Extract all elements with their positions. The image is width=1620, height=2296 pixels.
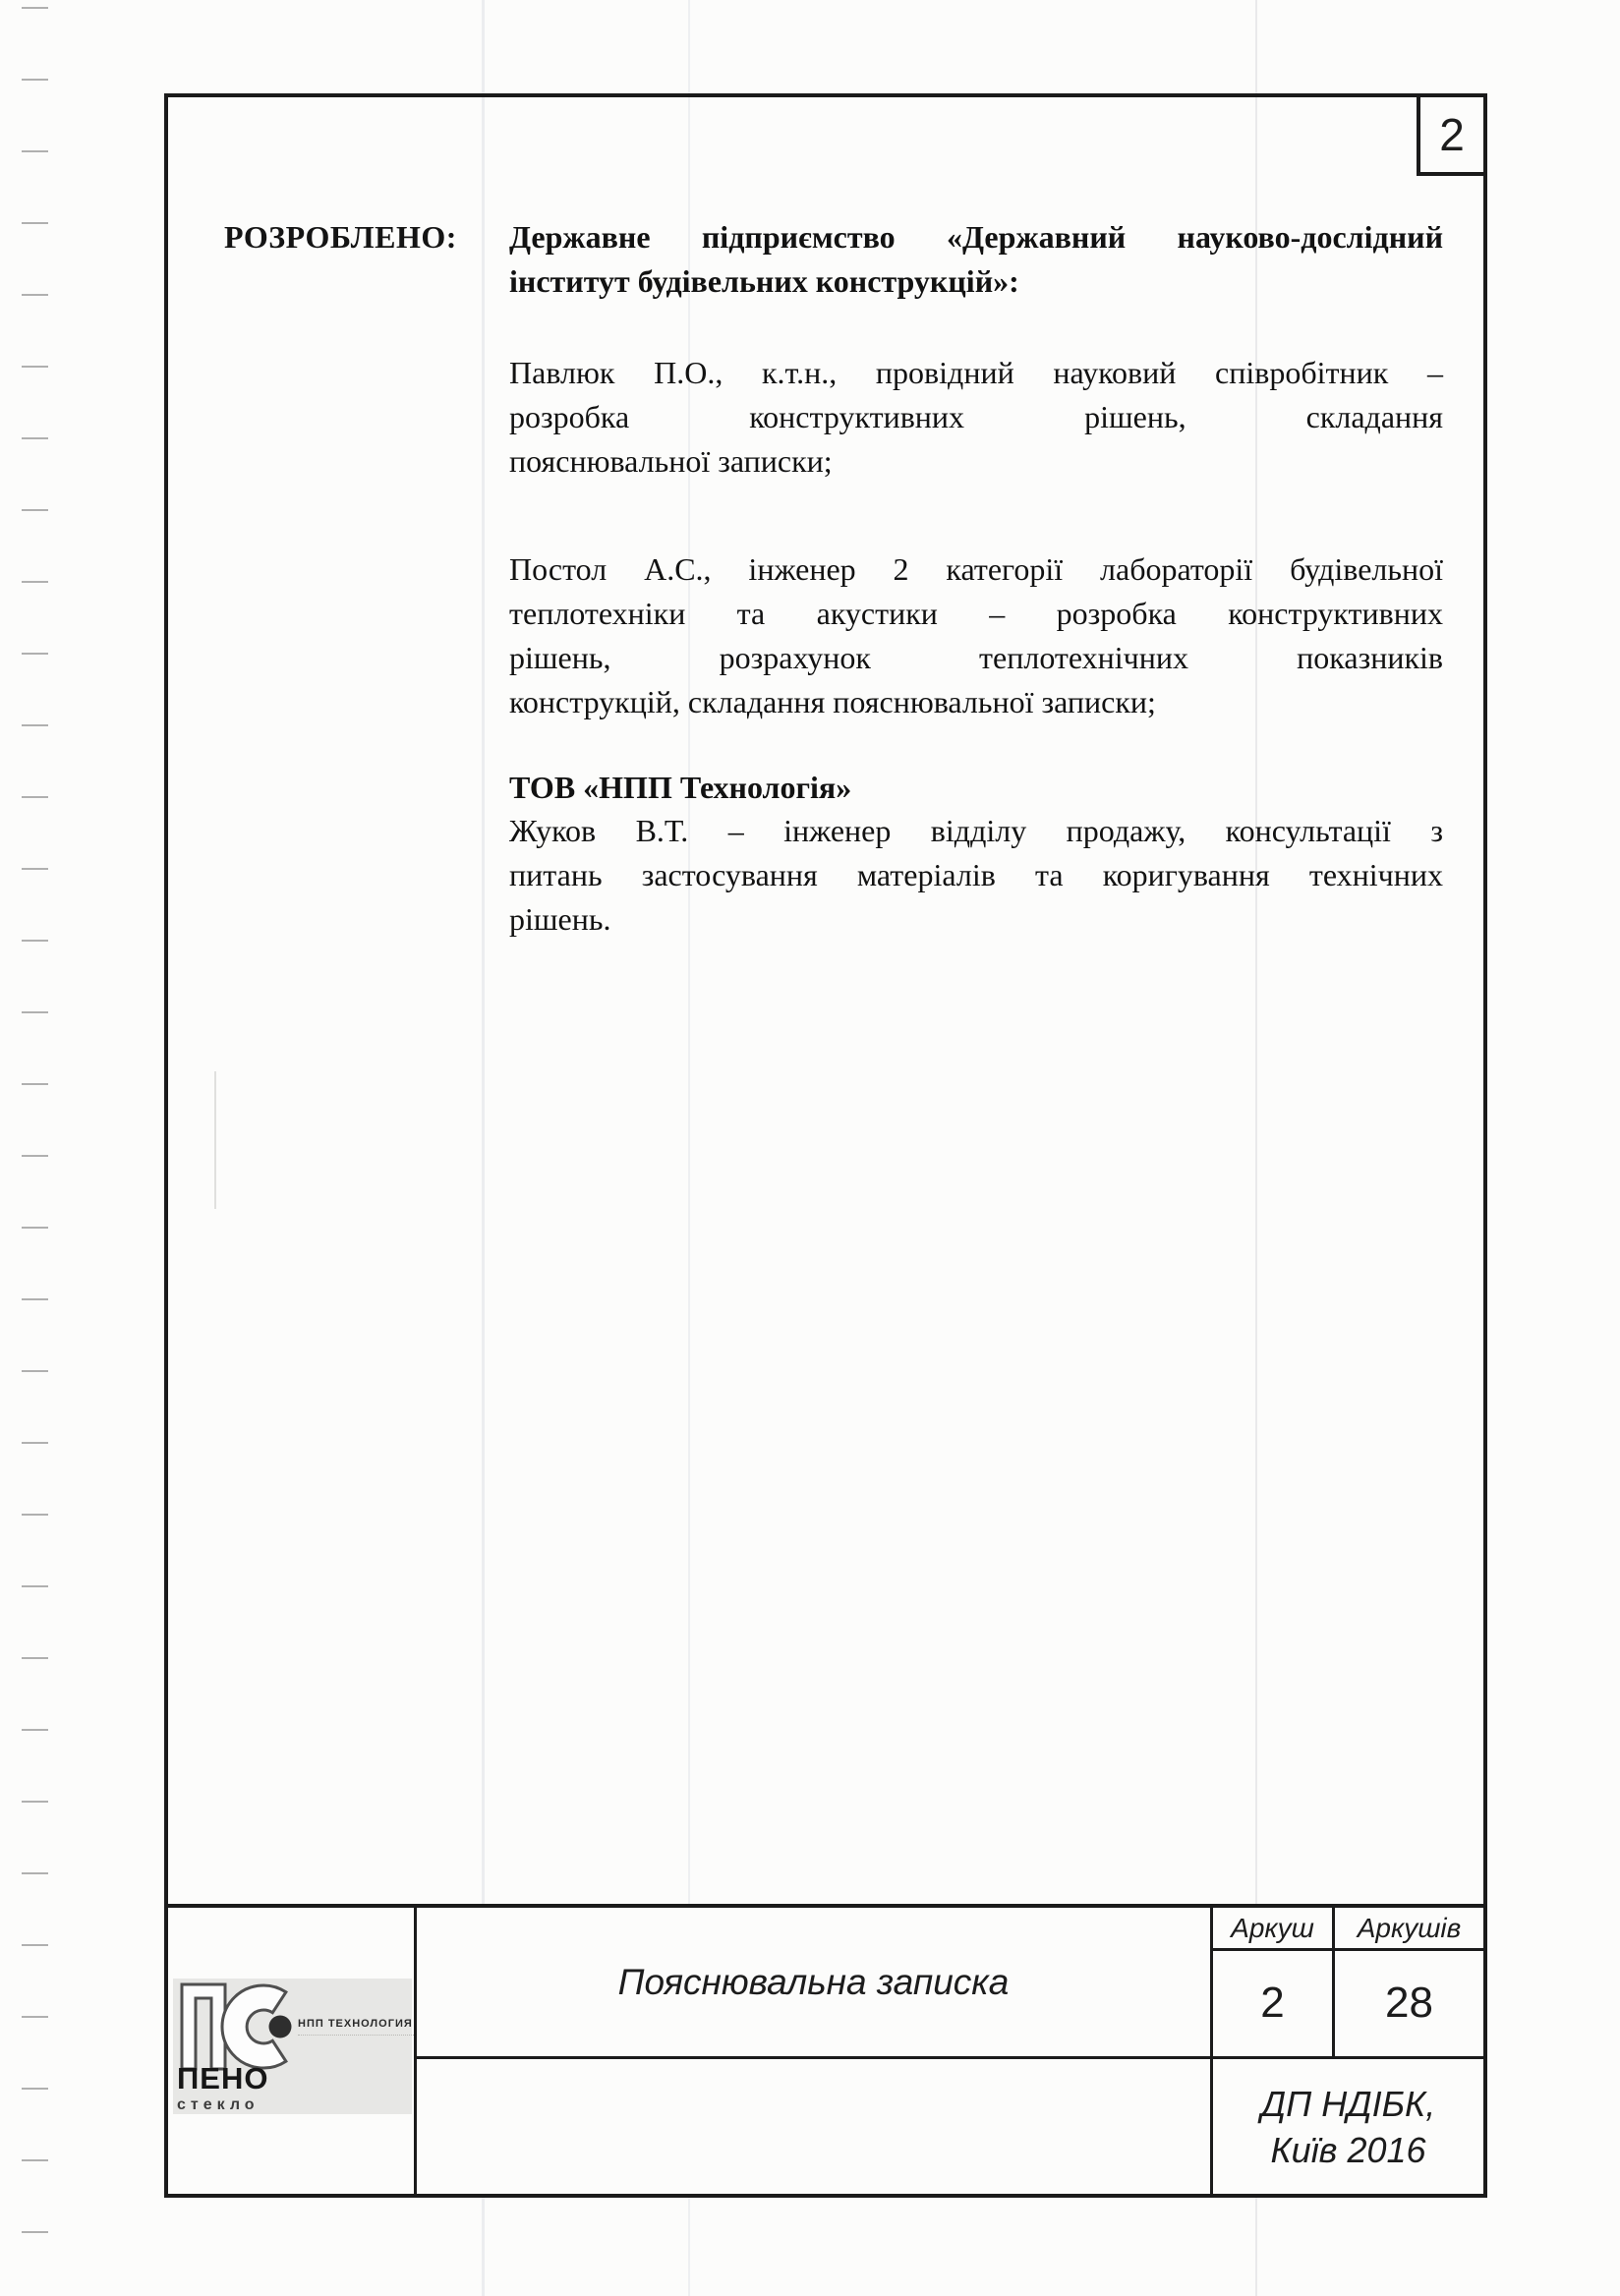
page-number-box: 2 xyxy=(1417,93,1487,176)
text-line: рішень, розрахунок теплотехнічних показн… xyxy=(509,636,1443,680)
scanned-document-page: 2 РОЗРОБЛЕНО: Державне підприємство «Дер… xyxy=(0,0,1620,2296)
sheets-column-header: Аркушів xyxy=(1335,1908,1483,1949)
sheet-column-header: Аркуш xyxy=(1213,1908,1332,1949)
logo-peno-text: ПЕНО xyxy=(177,2063,268,2094)
sheet-number-value: 2 xyxy=(1213,1949,1332,2056)
text-line: Павлюк П.О., к.т.н., провідний науковий … xyxy=(509,351,1443,395)
title-block-table: Пояснювальна записка Аркуш Аркушів 2 28 … xyxy=(164,1904,1487,2198)
text-line: Державне підприємство «Державний науково… xyxy=(509,215,1443,259)
organization-city-year: Київ 2016 xyxy=(1261,2127,1435,2173)
text-line: Постол А.С., інженер 2 категорії лаборат… xyxy=(509,547,1443,592)
text-line: Жуков В.Т. – інженер відділу продажу, ко… xyxy=(509,809,1443,853)
peno-ps-logo-icon xyxy=(179,1981,305,2072)
text-line: рішень. xyxy=(509,897,1443,942)
sheets-total-value: 28 xyxy=(1335,1949,1483,2056)
organization-cell: ДП НДІБК, Київ 2016 xyxy=(1213,2059,1483,2194)
tov-heading: ТОВ «НПП Технологія» xyxy=(509,766,1443,810)
company-logo: НПП ТЕХНОЛОГИЯ ПЕНО стекло xyxy=(173,1979,412,2114)
paragraph-pavliuk: Павлюк П.О., к.т.н., провідний науковий … xyxy=(509,351,1443,484)
logo-company-name: НПП ТЕХНОЛОГИЯ xyxy=(298,2018,414,2036)
document-title: Пояснювальна записка xyxy=(417,1908,1210,2056)
binder-margin-dashes xyxy=(22,7,48,2258)
organization-name: ДП НДІБК, xyxy=(1261,2081,1435,2127)
text-line: конструкцій, складання пояснювальної зап… xyxy=(509,680,1443,724)
org-heading-paragraph: Державне підприємство «Державний науково… xyxy=(509,215,1443,304)
logo-steklo-text: стекло xyxy=(177,2097,260,2113)
text-line: пояснювальної записки; xyxy=(509,439,1443,484)
text-line: інститут будівельних конструкцій»: xyxy=(509,259,1443,304)
page-number: 2 xyxy=(1439,108,1465,161)
text-line: теплотехніки та акустики – розробка конс… xyxy=(509,592,1443,636)
text-line: питань застосування матеріалів та коригу… xyxy=(509,853,1443,897)
paragraph-postol: Постол А.С., інженер 2 категорії лаборат… xyxy=(509,547,1443,724)
paragraph-zhukov: Жуков В.Т. – інженер відділу продажу, ко… xyxy=(509,809,1443,942)
developed-by-label: РОЗРОБЛЕНО: xyxy=(224,215,529,259)
text-line: розробка конструктивних рішень, складанн… xyxy=(509,395,1443,439)
